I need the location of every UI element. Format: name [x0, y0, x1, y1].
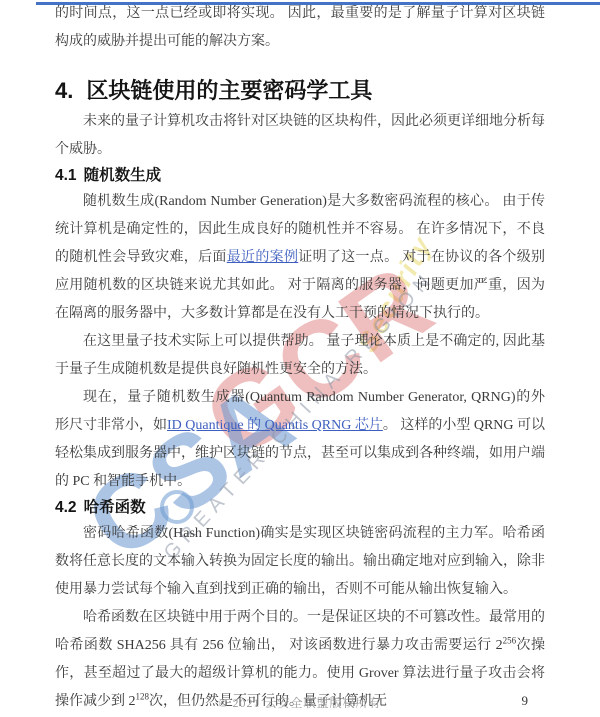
document-page: Security GCR CSA GREATER CHINA REGION 的时… — [0, 0, 600, 717]
subsection-title: 随机数生成 — [84, 164, 162, 188]
rng-paragraph-2: 在这里量子技术实际上可以提供帮助。 量子理论本质上是不确定的, 因此基于量子生成… — [55, 328, 545, 384]
subsection-number: 4.1 — [55, 164, 77, 188]
overview-paragraph: 未来的量子计算机攻击将针对区块链的区块构件，因此必须更详细地分析每个威胁。 — [55, 108, 545, 164]
text-run: 哈希函数在区块链中用于两个目的。一是保证区块的不可篡改性。最常用的哈希函数 SH… — [55, 610, 545, 653]
section-number: 4. — [55, 74, 73, 108]
text-run: 在这里量子技术实际上可以提供帮助。 量子理论本质上是不确定的, 因此基于量子生成… — [55, 334, 545, 377]
rng-paragraph-3: 现在，量子随机数生成器(Quantum Random Number Genera… — [55, 384, 545, 496]
page-content: 的时间点，这一点已经或即将实现。 因此，最重要的是了解量子计算对区块链构成的威胁… — [55, 0, 545, 716]
id-quantique-link[interactable]: ID Quantique 的 Quantis QRNG 芯片 — [167, 418, 383, 433]
top-rule — [36, 2, 600, 5]
page-number: 9 — [522, 693, 529, 709]
subsection-number: 4.2 — [55, 496, 77, 520]
text-run: 256 — [503, 635, 517, 645]
section-heading-4: 4. 区块链使用的主要密码学工具 — [55, 74, 545, 108]
text-run: 密码哈希函数(Hash Function)确实是实现区块链密码流程的主力军。哈希… — [55, 526, 545, 597]
subsection-title: 哈希函数 — [84, 496, 146, 520]
rng-paragraph-1: 随机数生成(Random Number Generation)是大多数密码流程的… — [55, 188, 545, 328]
hash-paragraph-1: 密码哈希函数(Hash Function)确实是实现区块链密码流程的主力军。哈希… — [55, 520, 545, 604]
text-run: 的时间点，这一点已经或即将实现。 因此，最重要的是了解量子计算对区块链构成的威胁… — [55, 6, 545, 49]
subsection-heading-4-1: 4.1 随机数生成 — [55, 164, 545, 188]
subsection-heading-4-2: 4.2 哈希函数 — [55, 496, 545, 520]
text-run: 未来的量子计算机攻击将针对区块链的区块构件，因此必须更详细地分析每个威胁。 — [55, 114, 545, 157]
footer-copyright: © 2021 云安全联盟版权所有 — [0, 694, 600, 711]
intro-continuation-paragraph: 的时间点，这一点已经或即将实现。 因此，最重要的是了解量子计算对区块链构成的威胁… — [55, 0, 545, 56]
section-title: 区块链使用的主要密码学工具 — [86, 74, 372, 108]
recent-cases-link[interactable]: 最近的案例 — [227, 250, 299, 265]
